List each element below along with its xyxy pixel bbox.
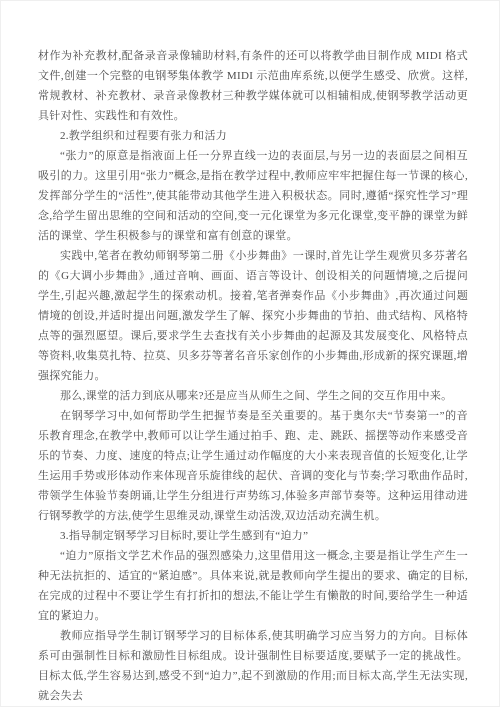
body-paragraph: 教师应指导学生制订钢琴学习的目标体系,使其明确学习应当努力的方向。目标体系可由强…: [38, 626, 468, 706]
body-paragraph: 那么,课堂的活力到底从哪来?还是应当从师生之间、学生之间的交互作用中来。: [38, 386, 468, 406]
body-paragraph: “张力”的原意是指液面上任一分界直线一边的表面层,与另一边的表面层之间相互吸引的…: [38, 146, 468, 246]
body-paragraph-continuation: 材作为补充教材,配备录音录像辅助材料,有条件的还可以将教学曲目制作成 MIDI …: [38, 46, 468, 126]
section-heading-3: 3.指导制定钢琴学习目标时,要让学生感到有“迫力”: [38, 526, 468, 546]
section-heading-2: 2.教学组织和过程要有张力和活力: [38, 126, 468, 146]
document-body: 材作为补充教材,配备录音录像辅助材料,有条件的还可以将教学曲目制作成 MIDI …: [38, 46, 468, 706]
body-paragraph: 实践中,笔者在教幼师钢琴第二册《小步舞曲》一课时,首先让学生观赏贝多芬著名的《G…: [38, 246, 468, 386]
body-paragraph: “迫力”原指文学艺术作品的强烈感染力,这里借用这一概念,主要是指让学生产生一种无…: [38, 546, 468, 626]
document-page: 材作为补充教材,配备录音录像辅助材料,有条件的还可以将教学曲目制作成 MIDI …: [0, 0, 500, 707]
body-paragraph: 在钢琴学习中,如何帮助学生把握节奏是至关重要的。基于奥尔夫“节奏第一”的音乐教育…: [38, 406, 468, 526]
